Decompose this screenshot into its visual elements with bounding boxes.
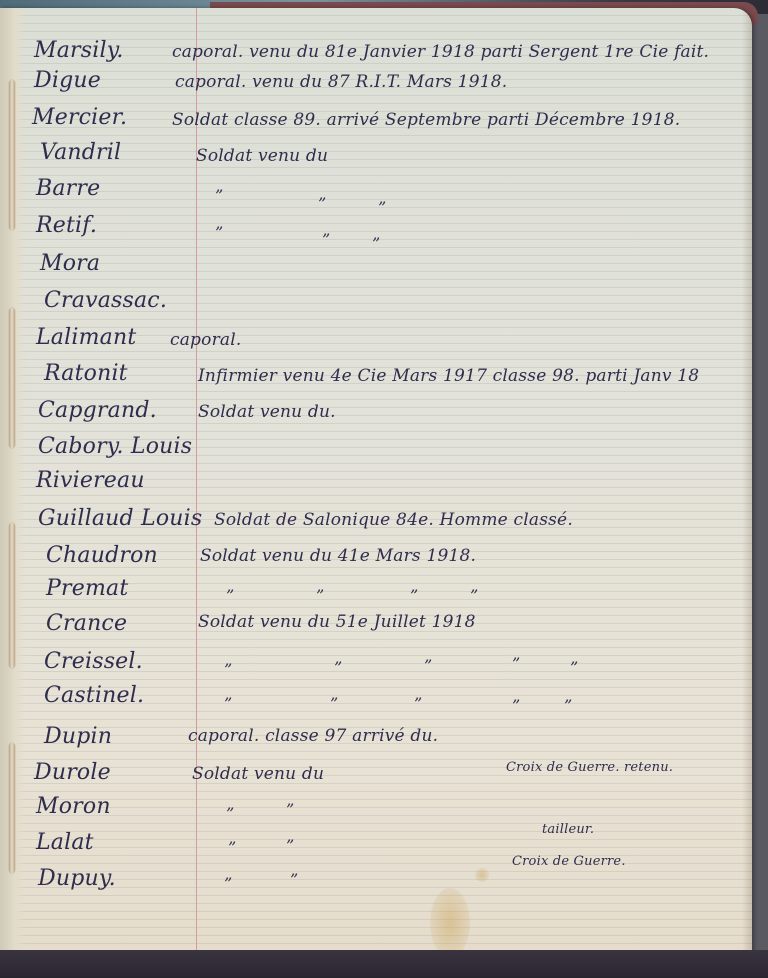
entry-name: Chaudron [46,543,158,568]
ditto-mark: ” [512,654,520,673]
ditto-mark: ” [226,586,234,605]
ditto-mark: ” [330,694,338,713]
ditto-mark: ” [470,586,478,605]
ditto-mark: ” [226,804,234,823]
entry-note: Croix de Guerre. retenu. [506,760,673,775]
entry-name: Vandril [40,140,121,165]
entry-name: Capgrand. [38,398,157,423]
ditto-mark: ” [564,696,572,715]
entry-name: Castinel. [44,683,144,708]
entry-name: Durole [34,760,111,785]
ditto-mark: ” [215,186,223,205]
entry-name: Moron [36,794,111,819]
entry-name: Cravassac. [44,288,167,313]
entry-description: caporal. venu du 81e Janvier 1918 parti … [172,42,709,62]
entry-name: Lalat [36,830,94,855]
entry-name: Dupin [44,724,112,749]
register-entries: Marsily. caporal. venu du 81e Janvier 19… [0,8,752,958]
ditto-mark: ” [424,656,432,675]
ditto-mark: ” [334,658,342,677]
ditto-mark: ” [378,198,386,217]
entry-name: Creissel. [44,649,143,674]
entry-description: Soldat venu du [192,764,324,784]
entry-name: Mercier. [32,105,127,130]
ditto-mark: ” [322,230,330,249]
ledger-page: Marsily. caporal. venu du 81e Janvier 19… [0,8,752,958]
ditto-mark: ” [318,194,326,213]
entry-note: tailleur. [542,822,594,837]
entry-name: Retif. [36,213,97,238]
ditto-mark: ” [316,586,324,605]
ditto-mark: ” [224,874,232,893]
ditto-mark: ” [215,223,223,242]
entry-name: Riviereau [36,468,145,493]
ditto-mark: ” [410,586,418,605]
ditto-mark: ” [228,838,236,857]
entry-name: Barre [36,176,100,201]
ditto-mark: ” [286,836,294,855]
entry-description: caporal. venu du 87 R.I.T. Mars 1918. [175,72,507,92]
entry-description: Soldat classe 89. arrivé Septembre parti… [172,110,680,130]
entry-description: Soldat venu du 51e Juillet 1918 [198,612,476,632]
entry-description: Infirmier venu 4e Cie Mars 1917 classe 9… [198,366,699,386]
entry-description: Soldat venu du 41e Mars 1918. [200,546,476,566]
entry-description: Soldat venu du [196,146,328,166]
entry-description: Soldat de Salonique 84e. Homme classé. [214,510,573,530]
entry-name: Ratonit [44,361,128,386]
entry-name: Guillaud Louis [38,506,202,531]
ditto-mark: ” [414,694,422,713]
entry-description: caporal. [170,330,241,350]
photo-background-bottom [0,950,768,978]
ditto-mark: ” [290,870,298,889]
ditto-mark: ” [570,658,578,677]
entry-name: Digue [34,68,101,93]
entry-name: Premat [46,576,128,601]
entry-description: caporal. classe 97 arrivé du. [188,726,438,746]
entry-name: Dupuy. [38,866,116,891]
ditto-mark: ” [224,694,232,713]
entry-name: Crance [46,611,127,636]
entry-name: Lalimant [36,325,136,350]
ditto-mark: ” [372,234,380,253]
ditto-mark: ” [512,696,520,715]
entry-name: Marsily. [34,38,124,63]
entry-note: Croix de Guerre. [512,854,626,869]
entry-name: Cabory. Louis [38,434,192,459]
ditto-mark: ” [286,800,294,819]
entry-description: Soldat venu du. [198,402,336,422]
ditto-mark: ” [224,660,232,679]
entry-name: Mora [40,251,100,276]
